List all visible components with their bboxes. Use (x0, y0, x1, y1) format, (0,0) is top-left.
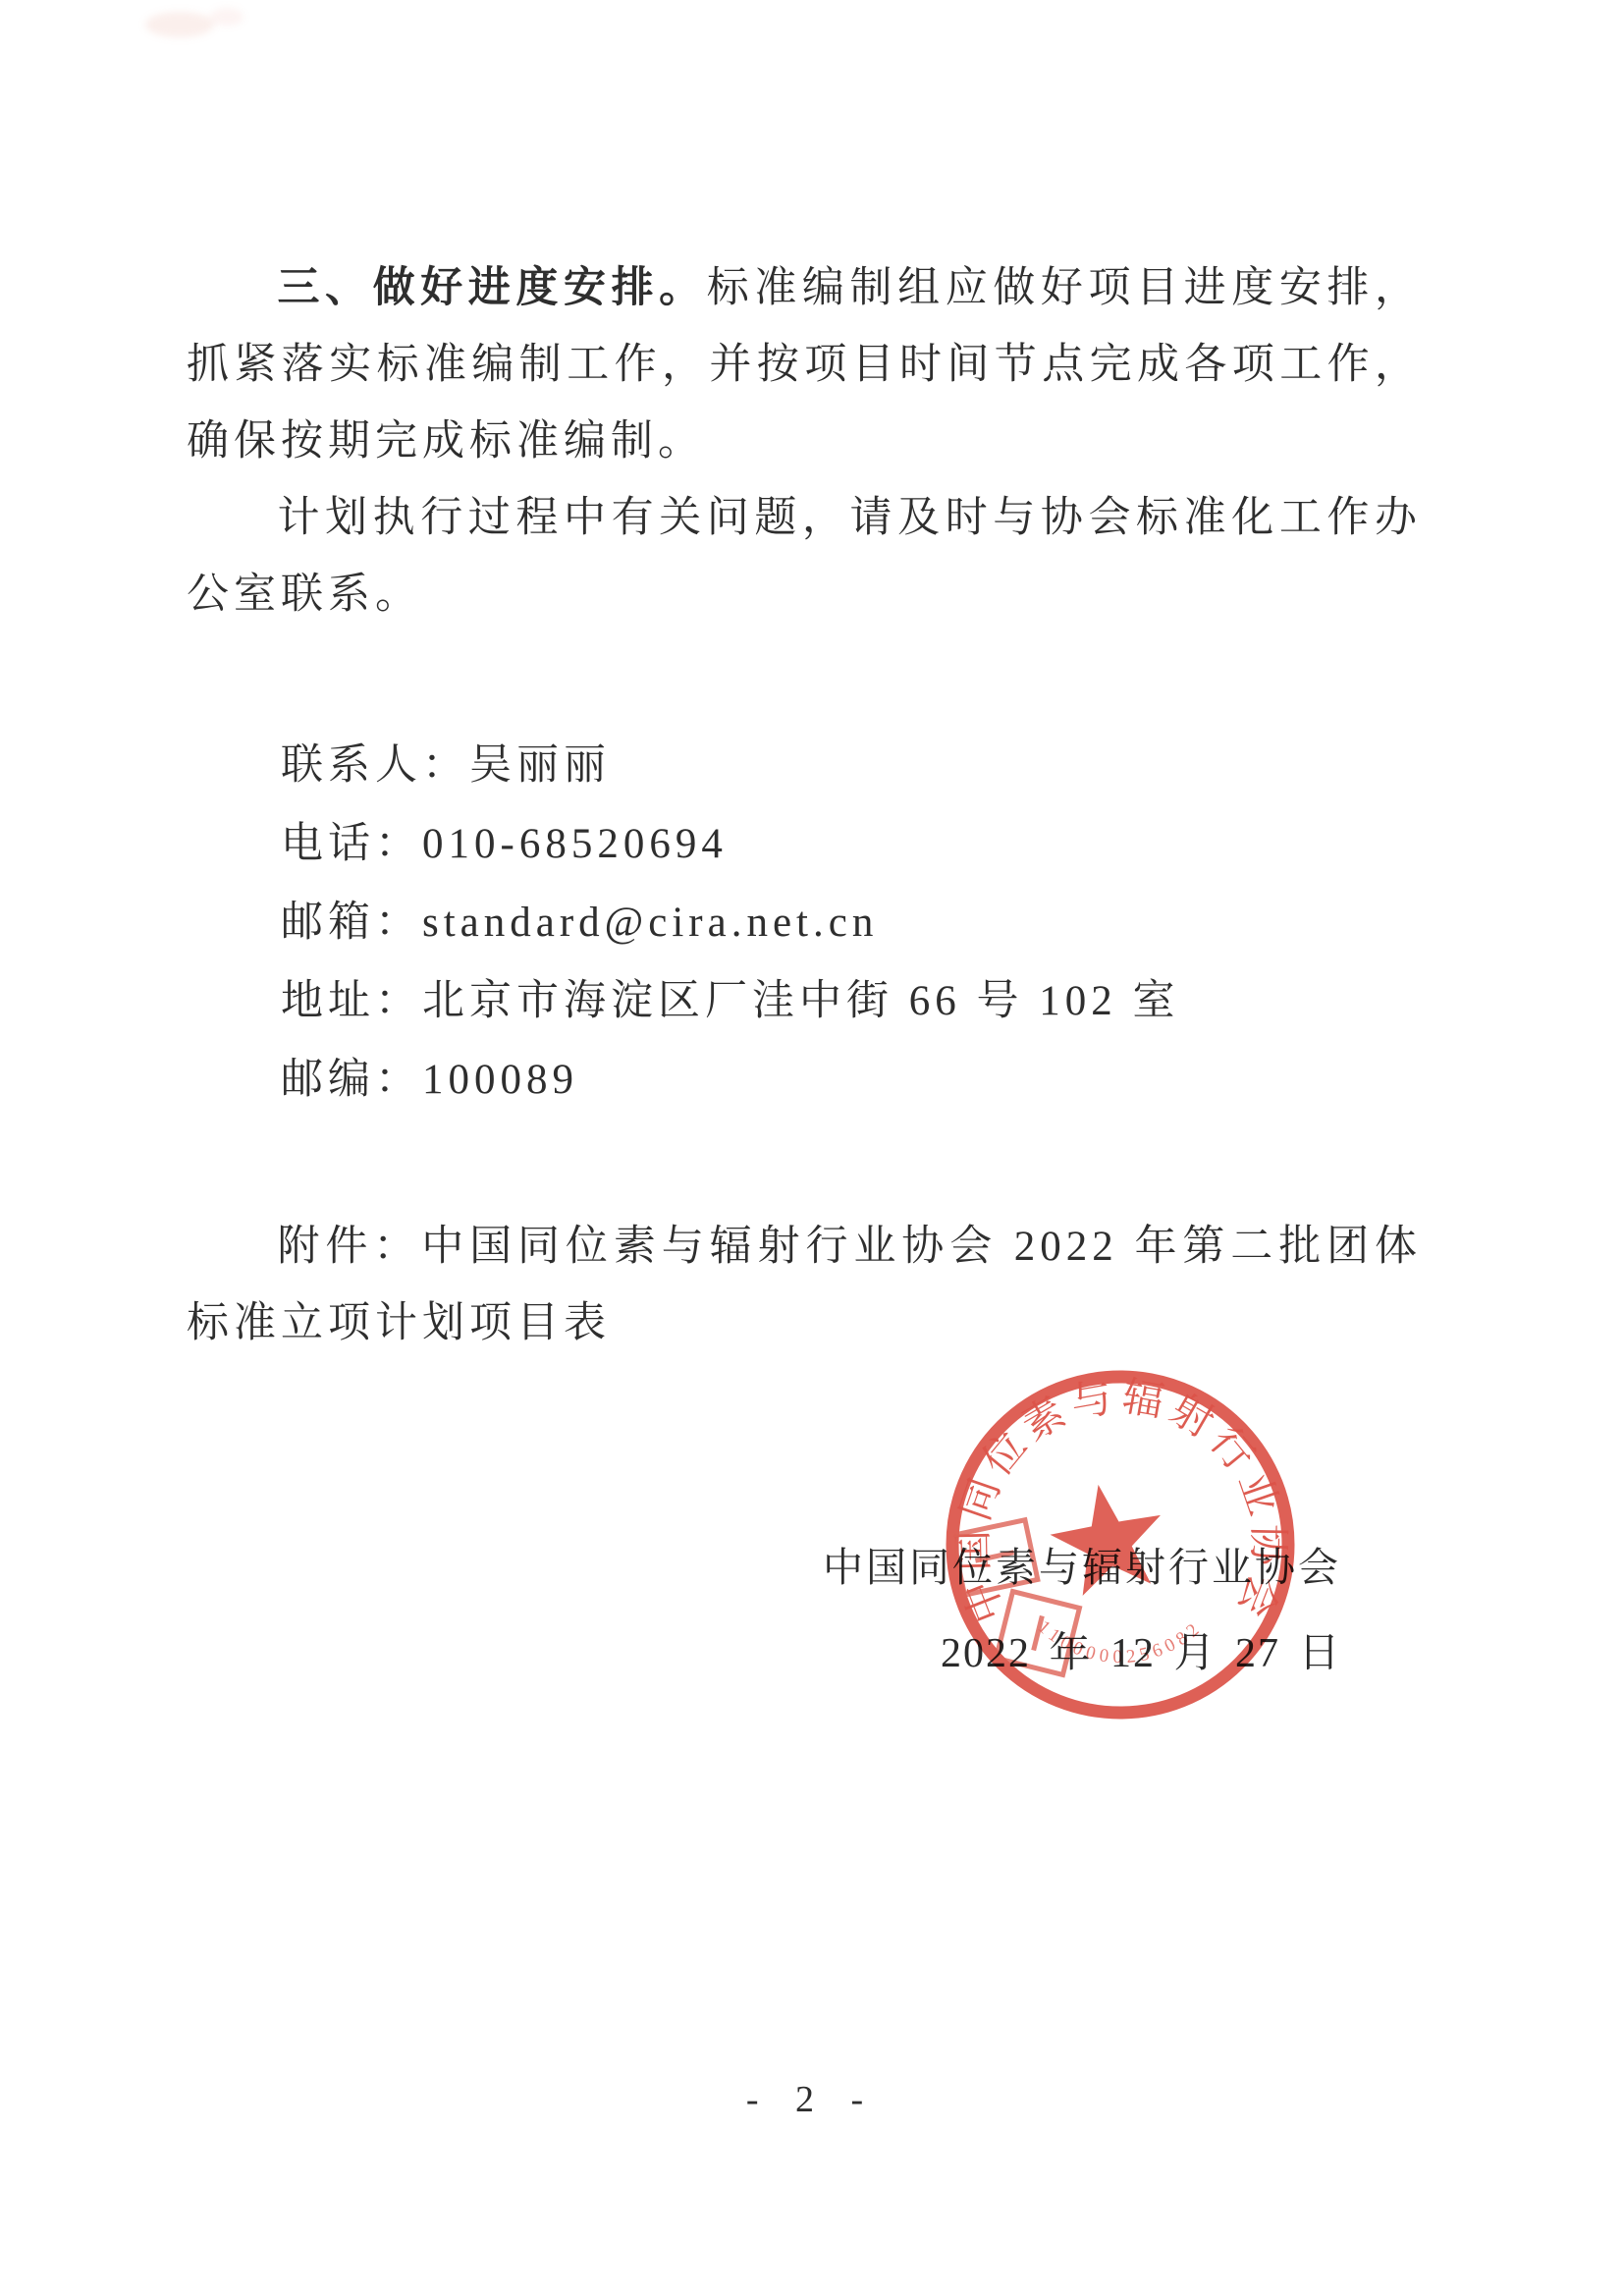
attachment-paragraph: 附件：中国同位素与辐射行业协会 2022 年第二批团体标准立项计划项目表 (187, 1209, 1422, 1362)
signature-date: 2022 年 12 月 27 日 (941, 1620, 1342, 1679)
paragraph-progress: 三、做好进度安排。标准编制组应做好项目进度安排，抓紧落实标准编制工作，并按项目时… (187, 250, 1422, 480)
contact-phone: 电话：010-68520694 (187, 805, 1422, 884)
contact-email: 邮箱：standard@cira.net.cn (187, 884, 1422, 962)
contact-address: 地址：北京市海淀区厂洼中街 66 号 102 室 (187, 962, 1422, 1041)
contact-email-value: standard@cira.net.cn (422, 900, 878, 946)
contact-address-label: 地址： (281, 978, 422, 1024)
contact-person-label: 联系人： (281, 742, 469, 789)
attachment-label: 附件： (277, 1224, 421, 1270)
scan-smudge (210, 8, 243, 26)
document-page: 三、做好进度安排。标准编制组应做好项目进度安排，抓紧落实标准编制工作，并按项目时… (0, 0, 1623, 2296)
paragraph-lead-bold: 三、做好进度安排。 (277, 265, 706, 311)
contact-email-label: 邮箱： (281, 900, 422, 946)
contact-person-value: 吴丽丽 (469, 742, 611, 789)
scan-smudge (145, 12, 214, 37)
contact-address-value: 北京市海淀区厂洼中街 66 号 102 室 (422, 978, 1180, 1024)
paragraph-contact-note: 计划执行过程中有关问题，请及时与协会标准化工作办公室联系。 (187, 480, 1422, 633)
contact-person: 联系人：吴丽丽 (187, 727, 1422, 805)
signature-organization: 中国同位素与辐射行业协会 (823, 1535, 1341, 1593)
contact-phone-value: 010-68520694 (422, 821, 728, 867)
page-number: - 2 - (0, 2078, 1623, 2121)
contact-postcode-value: 100089 (422, 1057, 578, 1103)
contact-phone-label: 电话： (281, 821, 422, 867)
document-body: 三、做好进度安排。标准编制组应做好项目进度安排，抓紧落实标准编制工作，并按项目时… (187, 250, 1422, 1362)
contact-postcode-label: 邮编： (281, 1057, 422, 1103)
contact-block: 联系人：吴丽丽 电话：010-68520694 邮箱：standard@cira… (187, 727, 1422, 1120)
contact-postcode: 邮编：100089 (187, 1041, 1422, 1120)
